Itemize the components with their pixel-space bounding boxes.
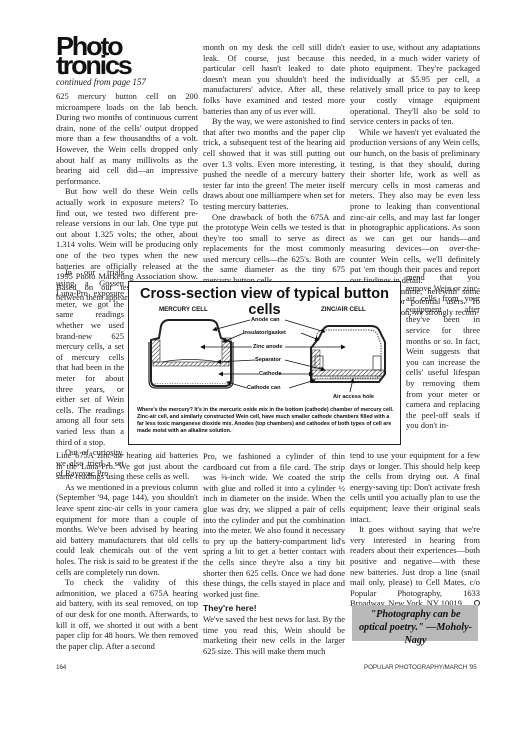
paragraph: We've saved the best news for last. By t… [203,614,345,656]
label-cathode: Cathode [259,371,281,377]
paragraph: In our trials using a Gossen Luna-Pro ex… [56,267,124,447]
paragraph: To check the validity of this admonition… [56,577,198,651]
paragraph: Line 675A zinc-air hearing aid batteries… [56,450,198,482]
column-3-bottom: tend to use your equipment for a few day… [350,450,480,609]
paragraph: 625 mercury button cell on 200 microampe… [56,91,198,186]
paragraph: Pro, we fashioned a cylinder of thin car… [203,451,345,599]
paragraph: By the way, we were astonished to find t… [203,116,345,211]
paragraph: While we haven't yet evaluated the produ… [350,127,480,286]
logo-line-2: tronics [56,56,146,75]
publication-footer: POPULAR PHOTOGRAPHY/MARCH '95 [364,664,477,671]
continued-from-note: continued from page 157 [56,77,146,87]
label-separator: Separator [255,357,281,363]
label-air-access-hole: Air access hole [333,394,374,400]
diagram-caption: Where's the mercury? It's in the mercuri… [137,407,394,435]
pull-quote: "Photography can be optical poetry." —Mo… [352,605,478,641]
paragraph: As we mentioned in a previous column (Se… [56,482,198,577]
label-cathode-can: Cathode can [247,385,281,391]
paragraph: One drawback of both the 675A and the pr… [203,212,345,286]
page-number: 164 [56,664,66,671]
column-1-narrow: In our trials using a Gossen Luna-Pro ex… [56,267,124,479]
cross-section-diagram: Cross-section view of typical button cel… [128,281,401,445]
label-anode-can: Anode can [251,317,280,323]
subhead-theyre-here: They're here! [203,603,345,614]
column-3-narrow: mend that you remove Wein or zinc-air ce… [406,272,480,431]
paragraph: easier to use, without any adaptations n… [350,42,480,127]
column-1-bottom: Line 675A zinc-air hearing aid batteries… [56,450,198,651]
mercury-cell-drawing [149,320,233,388]
label-insulator-gasket: Insulator/gasket [243,330,286,336]
column-2-bottom: Pro, we fashioned a cylinder of thin car… [203,451,345,656]
label-zinc-anode: Zinc anode [253,344,283,350]
section-logo: Photo tronics [56,37,146,75]
paragraph: tend to use your equipment for a few day… [350,450,480,524]
paragraph: It goes without saying that we're very i… [350,524,480,609]
column-2-top: month on my desk the cell still didn't l… [203,42,345,296]
paragraph: mend that you remove Wein or zinc-air ce… [406,272,480,431]
closing-paragraph: It goes without saying that we're very i… [350,524,480,608]
paragraph: month on my desk the cell still didn't l… [203,42,345,116]
zinc-air-cell-drawing [311,326,385,382]
